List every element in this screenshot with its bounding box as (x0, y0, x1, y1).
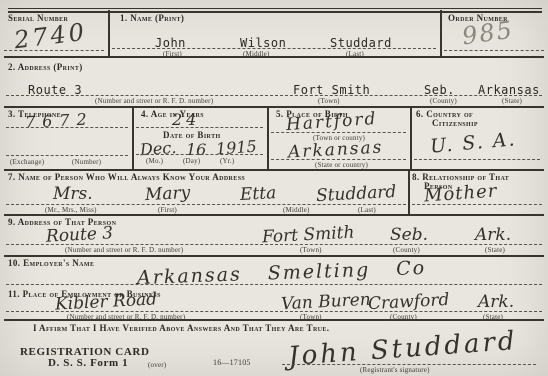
affirmation-text: I Affirm That I Have Verified Above Answ… (33, 323, 329, 333)
rule-top-thin (8, 8, 542, 9)
birthplace-state-line (271, 159, 406, 160)
order-entry-line (444, 50, 544, 51)
contact-first-value: Mary (145, 183, 191, 205)
employment-sub-street: (Number and street or R. F. D. number) (67, 313, 185, 321)
divider-age-birth (267, 106, 269, 169)
signature-line (282, 364, 536, 365)
employer-entry-line (6, 284, 542, 285)
address-label: 2. Address (Print) (8, 62, 83, 72)
address-sub-street: (Number and street or R. F. D. number) (95, 97, 213, 105)
employment-sub-county: (County) (390, 313, 417, 321)
relationship-entry-line (412, 204, 542, 205)
employment-state-value: Ark. (478, 292, 514, 312)
address-sub-town: (Town) (318, 97, 340, 105)
employment-sub-state: (State) (483, 313, 503, 321)
name-sub-first: (First) (163, 50, 182, 58)
contact-address-county-value: Seb. (390, 225, 428, 245)
contact-title-value: Mrs. (53, 184, 93, 204)
order-number-value: 985 (460, 16, 515, 51)
contact-sub-middle: (Middle) (283, 206, 309, 214)
contact-address-entry-line (6, 244, 542, 245)
name-entry-line (112, 48, 436, 49)
over-note: (over) (148, 361, 166, 369)
dob-sub-year: (Yr.) (220, 157, 234, 165)
relationship-value: Mother (423, 180, 498, 206)
address-sub-state: (State) (502, 97, 522, 105)
contact-entry-line (6, 204, 406, 205)
serial-number-value: 2740 (13, 18, 89, 55)
rule-row3-bottom (4, 169, 544, 171)
employment-entry-line (6, 311, 542, 312)
form-number: D. S. S. Form 1 (48, 357, 128, 369)
birthplace-sub-state: (State or country) (315, 161, 368, 169)
rule-row1-bottom (4, 56, 544, 58)
contact-sub-first: (First) (158, 206, 177, 214)
employer-label: 10. Employer's Name (8, 258, 94, 268)
contact-sub-last: (Last) (358, 206, 376, 214)
dob-sub-day: (Day) (183, 157, 200, 165)
citizenship-value: U. S. A. (429, 128, 517, 157)
telephone-entry-line (6, 127, 128, 128)
dob-year-value: 1915 (215, 137, 257, 159)
contact-last-value: Studdard (316, 182, 397, 206)
birthplace-town-line (271, 132, 406, 133)
telephone-sub-number: (Number) (72, 158, 101, 166)
name-sub-middle: (Middle) (243, 50, 269, 58)
rule-row4-bottom (4, 214, 544, 216)
telephone-value: 7672 (25, 109, 95, 132)
signature-sub-label: (Registrant's signature) (360, 366, 430, 374)
contact-middle-value: Etta (240, 183, 277, 205)
address-entry-line (6, 95, 542, 96)
citizenship-entry-line (414, 159, 540, 160)
divider-birth-citizenship (410, 106, 412, 169)
contact-address-sub-street: (Number and street or R. F. D. number) (65, 246, 183, 254)
name-label: 1. Name (Print) (120, 13, 184, 23)
name-sub-last: (Last) (346, 50, 364, 58)
divider-tel-age (132, 106, 134, 169)
divider-contact-relationship (408, 169, 410, 214)
contact-address-sub-town: (Town) (300, 246, 322, 254)
contact-address-sub-state: (State) (485, 246, 505, 254)
rule-row5-bottom (4, 255, 544, 257)
divider-serial-name (108, 10, 110, 56)
contact-address-sub-county: (County) (393, 246, 420, 254)
contact-sub-title: (Mr., Mrs., Miss) (45, 206, 97, 214)
telephone-bottom-line (6, 155, 128, 156)
address-sub-county: (County) (430, 97, 457, 105)
serial-entry-line (4, 50, 104, 51)
dob-sub-month: (Mo.) (146, 157, 163, 165)
print-code: 16—17105 (213, 358, 251, 367)
rule-row2-bottom (4, 106, 544, 108)
employment-sub-town: (Town) (300, 313, 322, 321)
citizenship-label-line2: Citizenship (432, 118, 478, 128)
divider-name-order (440, 10, 442, 56)
telephone-sub-exchange: (Exchange) (10, 158, 44, 166)
dob-entry-line (136, 154, 263, 155)
contact-label: 7. Name of Person Who Will Always Know Y… (8, 172, 245, 182)
registration-card: Serial Number 2740 1. Name (Print) John … (0, 0, 548, 376)
contact-address-state-value: Ark. (475, 225, 511, 245)
age-entry-line (136, 127, 263, 128)
